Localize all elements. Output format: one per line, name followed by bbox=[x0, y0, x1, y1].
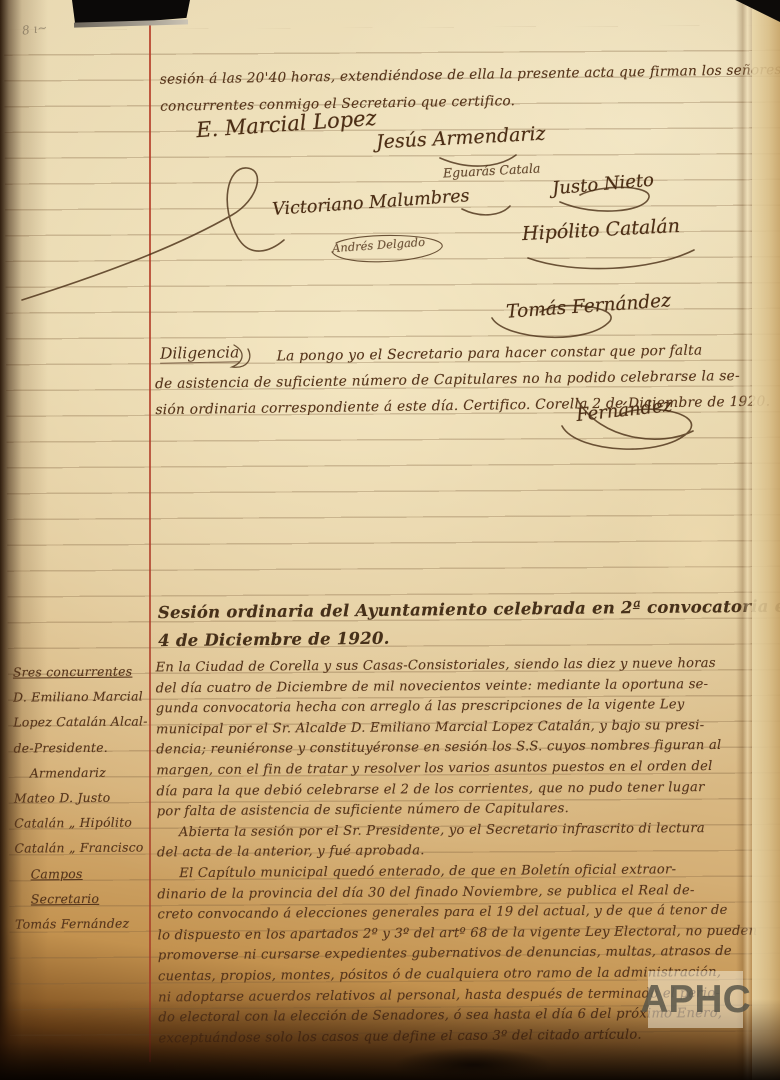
pencil-marks: 8 ı~ bbox=[21, 20, 48, 37]
signature-delgado: Andrés Delgado bbox=[332, 235, 426, 255]
binding-clamp-edge bbox=[74, 19, 188, 27]
margin-note-line: Campos bbox=[15, 860, 155, 886]
flourish-malumbres bbox=[462, 206, 510, 215]
margin-note-line: Secretario bbox=[15, 885, 155, 911]
margin-note-line: Catalán „ Hipólito bbox=[14, 810, 154, 836]
facing-page-edge bbox=[752, 0, 780, 1080]
margin-note-line: Lopez Catalán Alcal- bbox=[13, 709, 153, 735]
signature-malumbres: Victoriano Malumbres bbox=[272, 186, 471, 220]
closing-paragraph: sesión á las 20'40 horas, extendiéndose … bbox=[160, 57, 761, 119]
archive-watermark: APHC bbox=[648, 971, 743, 1028]
signature-hipolito-catalan: Hipólito Catalán bbox=[522, 215, 681, 245]
session-heading: Sesión ordinaria del Ayuntamiento celebr… bbox=[158, 593, 759, 655]
diligencia-paragraph: La pongo yo el Secretario para hacer con… bbox=[154, 337, 755, 423]
flourish-long-stroke bbox=[22, 168, 284, 300]
margin-attendees: Sres concurrentesD. Emiliano MarcialLope… bbox=[13, 658, 155, 936]
manuscript-photo: 8 ı~ sesión á las 20'40 horas, extendién… bbox=[0, 0, 780, 1080]
margin-note-line: Sres concurrentes bbox=[13, 658, 153, 684]
paragraph: En la Ciudad de Corella y sus Casas-Cons… bbox=[155, 654, 752, 823]
body-line: exceptuándose solo los casos que define … bbox=[158, 1024, 754, 1049]
margin-note-line: de-Presidente. bbox=[13, 734, 153, 760]
margin-note-line: D. Emiliano Marcial bbox=[13, 684, 153, 710]
corner-shadow bbox=[718, 0, 780, 22]
heading-line: 4 de Diciembre de 1920. bbox=[158, 621, 758, 655]
paragraph: Abierta la sesión por el Sr. Presidente,… bbox=[157, 818, 753, 864]
margin-note-line: Armendariz bbox=[14, 759, 154, 785]
signature-armendariz: Jesús Armendariz bbox=[376, 123, 547, 154]
signature-justo-nieto: Justo Nieto bbox=[551, 170, 655, 200]
binding-clamp bbox=[72, 0, 190, 27]
margin-note-line: Tomás Fernández bbox=[15, 910, 155, 936]
flourish-hipolito bbox=[528, 250, 694, 269]
margin-note-line: Catalán „ Francisco bbox=[14, 835, 154, 861]
signature-tomas-fernandez: Tomás Fernández bbox=[505, 290, 671, 322]
signature-eguaras-catala: Eguarás Catala bbox=[443, 160, 541, 180]
margin-note-line: Mateo D. Justo bbox=[14, 784, 154, 810]
